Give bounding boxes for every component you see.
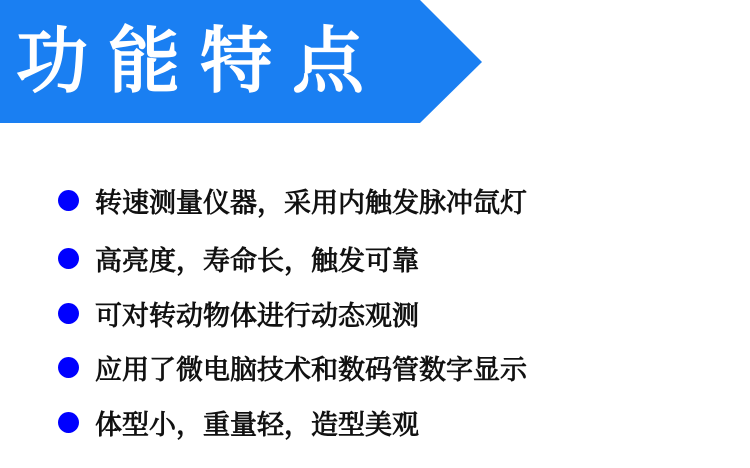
feature-item: 应用了微电脑技术和数码管数字显示 bbox=[58, 347, 527, 387]
feature-item: 可对转动物体进行动态观测 bbox=[58, 293, 419, 333]
feature-text: 可对转动物体进行动态观测 bbox=[95, 294, 419, 333]
feature-text: 体型小，重量轻，造型美观 bbox=[95, 403, 419, 442]
feature-item: 高亮度，寿命长，触发可靠 bbox=[58, 238, 419, 278]
bullet-dot-icon bbox=[58, 412, 79, 433]
bullet-dot-icon bbox=[58, 248, 79, 269]
bullet-dot-icon bbox=[58, 190, 79, 211]
feature-text: 高亮度，寿命长，触发可靠 bbox=[95, 239, 419, 278]
section-title: 功能特点 bbox=[16, 18, 384, 104]
feature-text: 转速测量仪器，采用内触发脉冲氙灯 bbox=[95, 181, 527, 220]
section-banner: 功能特点 bbox=[0, 0, 483, 123]
feature-text: 应用了微电脑技术和数码管数字显示 bbox=[95, 348, 527, 387]
bullet-dot-icon bbox=[58, 357, 79, 378]
feature-item: 体型小，重量轻，造型美观 bbox=[58, 402, 419, 442]
feature-item: 转速测量仪器，采用内触发脉冲氙灯 bbox=[58, 180, 527, 220]
bullet-dot-icon bbox=[58, 303, 79, 324]
